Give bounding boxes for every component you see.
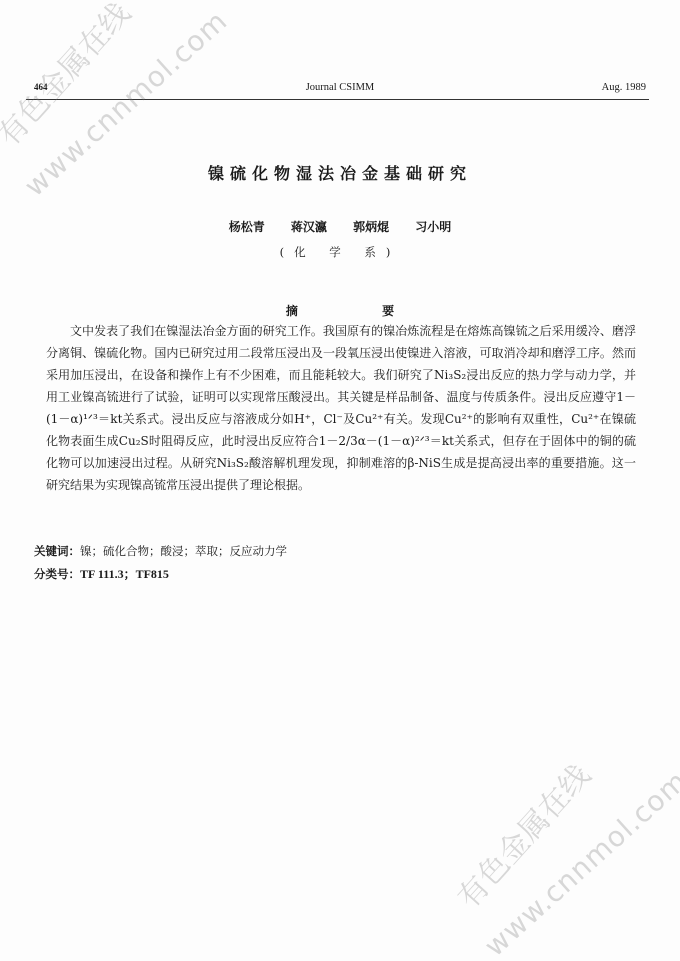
paper-title: 镍硫化物湿法冶金基础研究 [0,161,680,184]
classification-label: 分类号： [34,567,80,581]
author: 习小明 [415,220,451,234]
watermark-text: 有色金属在线 [445,753,598,916]
author: 蒋汉瀛 [291,220,327,234]
classification: 分类号：TF 111.3；TF815 [34,565,169,582]
watermark-url: www.cnnmol.com [478,764,680,961]
author: 杨松青 [229,220,265,234]
classification-items: TF 111.3；TF815 [80,567,169,581]
keywords: 关键词：镍；硫化合物；酸浸；萃取；反应动力学 [34,543,287,559]
running-header: 464 Journal CSIMM Aug. 1989 [34,82,646,98]
author: 郭炳焜 [353,220,389,234]
watermark-text: 有色金属在线 [0,0,138,154]
keywords-items: 镍；硫化合物；酸浸；萃取；反应动力学 [80,544,287,558]
header-rule [26,99,649,100]
abstract-heading: 摘 要 [0,302,680,319]
journal-name: Journal CSIMM [34,82,646,93]
keywords-label: 关键词： [34,544,80,558]
author-list: 杨松青 蒋汉瀛 郭炳焜 习小明 [0,218,680,235]
issue-date: Aug. 1989 [602,82,646,93]
affiliation: (化 学 系) [0,244,680,260]
abstract-text: 文中发表了我们在镍湿法冶金方面的研究工作。我国原有的镍冶炼流程是在熔炼高镍锍之后… [46,320,636,496]
abstract-body: 文中发表了我们在镍湿法冶金方面的研究工作。我国原有的镍冶炼流程是在熔炼高镍锍之后… [46,320,636,496]
